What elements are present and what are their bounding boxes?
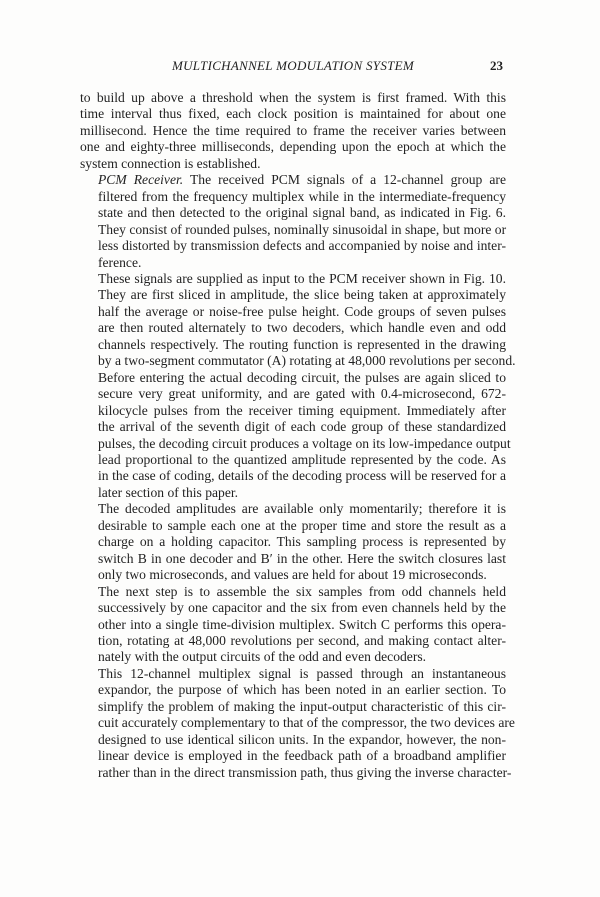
text-line: These signals are supplied as input to t… — [80, 271, 506, 287]
text-line: by a two-segment commutator (A) rotating… — [80, 353, 506, 369]
text-line: They consist of rounded pulses, nominall… — [80, 222, 506, 238]
text-line: expandor, the purpose of which has been … — [80, 682, 506, 698]
text-line: switch B in one decoder and B′ in the ot… — [80, 551, 506, 567]
text-line: less distorted by transmission defects a… — [80, 238, 506, 254]
text-line: The next step is to assemble the six sam… — [80, 584, 506, 600]
text-line: state and then detected to the original … — [80, 205, 506, 221]
text-line: secure very great uniformity, and are ga… — [80, 386, 506, 402]
page-number: 23 — [490, 58, 503, 74]
paragraph: The next step is to assemble the six sam… — [80, 584, 506, 666]
text-line: only two microseconds, and values are he… — [80, 567, 506, 583]
text-line: half the average or noise-free pulse hei… — [80, 304, 506, 320]
text-line: Before entering the actual decoding circ… — [80, 370, 506, 386]
text-line: cuit accurately complementary to that of… — [80, 715, 506, 731]
text-line: system connection is established. — [80, 156, 506, 172]
body-text: to build up above a threshold when the s… — [80, 90, 506, 781]
text-line: charge on a holding capacitor. This samp… — [80, 534, 506, 550]
text-line: one and eighty-three milliseconds, depen… — [80, 139, 506, 155]
text-line: The decoded amplitudes are available onl… — [80, 501, 506, 517]
text-line: PCM Receiver. The received PCM signals o… — [80, 172, 506, 188]
text-line: They are first sliced in amplitude, the … — [80, 287, 506, 303]
text-line: This 12-channel multiplex signal is pass… — [80, 666, 506, 682]
running-title: MULTICHANNEL MODULATION SYSTEM — [80, 58, 506, 74]
text-line: nately with the output circuits of the o… — [80, 649, 506, 665]
text-line: in the case of coding, details of the de… — [80, 468, 506, 484]
text-line: time interval thus fixed, each clock pos… — [80, 106, 506, 122]
text-line: desirable to sample each one at the prop… — [80, 518, 506, 534]
running-head: MULTICHANNEL MODULATION SYSTEM 23 — [80, 58, 506, 76]
document-page: MULTICHANNEL MODULATION SYSTEM 23 to bui… — [0, 0, 600, 897]
text-line: are then routed alternately to two decod… — [80, 320, 506, 336]
text-span: The received PCM signals of a 12-channel… — [183, 172, 506, 187]
text-line: filtered from the frequency multiplex wh… — [80, 189, 506, 205]
text-line: to build up above a threshold when the s… — [80, 90, 506, 106]
text-line: pulses, the decoding circuit produces a … — [80, 436, 506, 452]
section-run-in-heading: PCM Receiver. — [98, 172, 183, 187]
text-line: simplify the problem of making the input… — [80, 699, 506, 715]
text-line: other into a single time-division multip… — [80, 617, 506, 633]
text-line: later section of this paper. — [80, 485, 506, 501]
paragraph-pcm-receiver: PCM Receiver. The received PCM signals o… — [80, 172, 506, 271]
text-line: rather than in the direct transmission p… — [80, 765, 506, 781]
text-line: successively by one capacitor and the si… — [80, 600, 506, 616]
text-line: channels respectively. The routing funct… — [80, 337, 506, 353]
text-line: ference. — [80, 255, 506, 271]
text-line: tion, rotating at 48,000 revolutions per… — [80, 633, 506, 649]
paragraph: These signals are supplied as input to t… — [80, 271, 506, 501]
text-line: kilocycle pulses from the receiver timin… — [80, 403, 506, 419]
paragraph: This 12-channel multiplex signal is pass… — [80, 666, 506, 781]
paragraph: to build up above a threshold when the s… — [80, 90, 506, 172]
text-line: lead proportional to the quantized ampli… — [80, 452, 506, 468]
text-line: designed to use identical silicon units.… — [80, 732, 506, 748]
text-line: millisecond. Hence the time required to … — [80, 123, 506, 139]
paragraph: The decoded amplitudes are available onl… — [80, 501, 506, 583]
text-line: the arrival of the seventh digit of each… — [80, 419, 506, 435]
text-line: linear device is employed in the feedbac… — [80, 748, 506, 764]
